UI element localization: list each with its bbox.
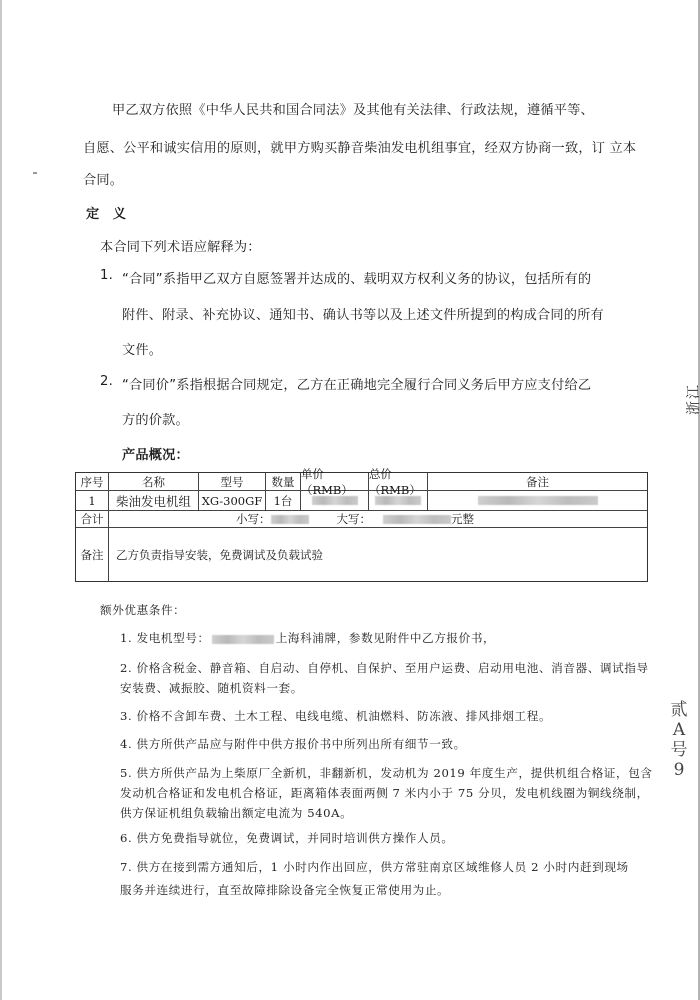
redacted-total-small bbox=[271, 515, 309, 524]
cell-quantity: 1台 bbox=[266, 491, 301, 510]
cell-name: 柴油发电机组 bbox=[109, 491, 199, 510]
extra-term-7-line-2: 服务并连续进行，直至故障排除设备完全恢复正常使用为止。 bbox=[120, 882, 449, 898]
total-label: 合计 bbox=[76, 511, 109, 527]
definition-1-number: 1. bbox=[100, 268, 113, 283]
cell-remark bbox=[428, 491, 647, 510]
preamble-line-3: 合同。 bbox=[83, 169, 123, 188]
extra-term-7-line-1: 7. 供方在接到需方通知后，1 小时内作出回应，供方常驻南京区域维修人员 2 小… bbox=[120, 859, 629, 875]
remarks-text: 乙方负责指导安装，免费调试及负载试验 bbox=[109, 528, 647, 581]
definition-1-line-1: “合同”系指甲乙双方自愿签署并达成的、载明双方权利义务的协议，包括所有的 bbox=[122, 268, 591, 287]
header-unit-price: 单价（RMB） bbox=[301, 473, 369, 490]
extra-term-6: 6. 供方免费指导就位，免费调试，并同时培训供方操作人员。 bbox=[120, 830, 454, 846]
table-total-row: 合计 小写： 大写： 元整 bbox=[76, 511, 647, 528]
seam-stamp-bottom: 贰 A 号 9 bbox=[664, 700, 694, 780]
scan-page-edge-left bbox=[0, 0, 2, 1000]
redacted-total-big bbox=[383, 515, 451, 524]
extra-term-3: 3. 价格不含卸车费、土木工程、电线电缆、机油燃料、防冻液、排风排烟工程。 bbox=[120, 708, 551, 724]
total-small-label: 小写： bbox=[236, 511, 271, 527]
definition-2-number: 2. bbox=[100, 374, 113, 389]
header-quantity: 数量 bbox=[266, 473, 301, 490]
extra-term-4: 4. 供方所供产品应与附件中供方报价书中所列出所有细节一致。 bbox=[120, 736, 466, 752]
extra-term-5-line-3: 供方保证机组负载输出额定电流为 540A。 bbox=[120, 805, 352, 821]
redacted-remark bbox=[478, 496, 598, 505]
redacted-unit-price bbox=[312, 496, 358, 505]
definitions-intro: 本合同下列术语应解释为： bbox=[100, 236, 261, 255]
definition-2-line-2: 方的价款。 bbox=[122, 409, 189, 428]
product-table: 序号 名称 型号 数量 单价（RMB） 总价（RMB） 备注 1 柴油发电机组 … bbox=[75, 472, 648, 582]
extra-term-2-line-1: 2. 价格含税金、静音箱、自启动、自停机、自保护、至用户运费、启动用电池、消音器… bbox=[120, 660, 649, 676]
extra-term-5-line-2: 发动机合格证和发电机合格证，距离箱体表面两侧 7 米内小于 75 分贝，发电机线… bbox=[120, 785, 649, 801]
header-name: 名称 bbox=[109, 473, 199, 490]
header-remark: 备注 bbox=[428, 473, 647, 490]
total-big-suffix: 元整 bbox=[451, 511, 474, 527]
preamble-line-2: 自愿、公平和诚实信用的原则，就甲方购买静音柴油发电机组事宜，经双方协商一致，订 … bbox=[83, 137, 636, 156]
preamble-line-1: 甲乙双方依照《中华人民共和国合同法》及其他有关法律、行政法规，遵循平等、 bbox=[112, 99, 594, 118]
header-index: 序号 bbox=[76, 473, 109, 490]
definition-2-line-1: “合同价”系指根据合同规定，乙方在正确地完全履行合同义务后甲方应支付给乙 bbox=[122, 374, 591, 393]
seam-stamp-top: 浙江省... bbox=[683, 380, 700, 415]
cell-model: XG-300GF bbox=[199, 491, 266, 510]
extra-term-1-prefix: 1. 发电机型号： bbox=[120, 631, 210, 645]
header-model: 型号 bbox=[199, 473, 266, 490]
cell-index: 1 bbox=[76, 491, 109, 510]
extra-term-2-line-2: 安装费、减振胶、随机资料一套。 bbox=[120, 680, 303, 696]
total-big-label: 大写： bbox=[337, 511, 372, 527]
product-overview-heading: 产品概况： bbox=[122, 444, 189, 463]
definition-1-line-3: 文件。 bbox=[122, 339, 162, 358]
cell-total-price bbox=[369, 491, 428, 510]
extra-term-5-line-1: 5. 供方所供产品为上柴原厂全新机，非翻新机，发动机为 2019 年度生产，提供… bbox=[120, 765, 653, 781]
redacted-generator-model bbox=[212, 635, 274, 644]
redacted-total-price bbox=[375, 496, 421, 505]
table-header-row: 序号 名称 型号 数量 单价（RMB） 总价（RMB） 备注 bbox=[76, 473, 647, 491]
definitions-heading: 定 义 bbox=[86, 203, 126, 222]
header-total-price: 总价（RMB） bbox=[369, 473, 428, 490]
extra-terms-heading: 额外优惠条件： bbox=[100, 602, 185, 618]
extra-term-1: 1. 发电机型号：上海科浦牌，参数见附件中乙方报价书， bbox=[120, 630, 495, 646]
extra-term-1-suffix: 上海科浦牌，参数见附件中乙方报价书， bbox=[276, 631, 496, 645]
remarks-label: 备注 bbox=[76, 528, 109, 581]
cell-unit-price bbox=[301, 491, 369, 510]
table-row: 1 柴油发电机组 XG-300GF 1台 bbox=[76, 491, 647, 511]
total-values: 小写： 大写： 元整 bbox=[109, 511, 647, 527]
table-remarks-row: 备注 乙方负责指导安装，免费调试及负载试验 bbox=[76, 528, 647, 581]
scan-artifact bbox=[33, 172, 37, 174]
definition-1-line-2: 附件、附录、补充协议、通知书、确认书等以及上述文件所提到的构成合同的所有 bbox=[122, 304, 604, 323]
